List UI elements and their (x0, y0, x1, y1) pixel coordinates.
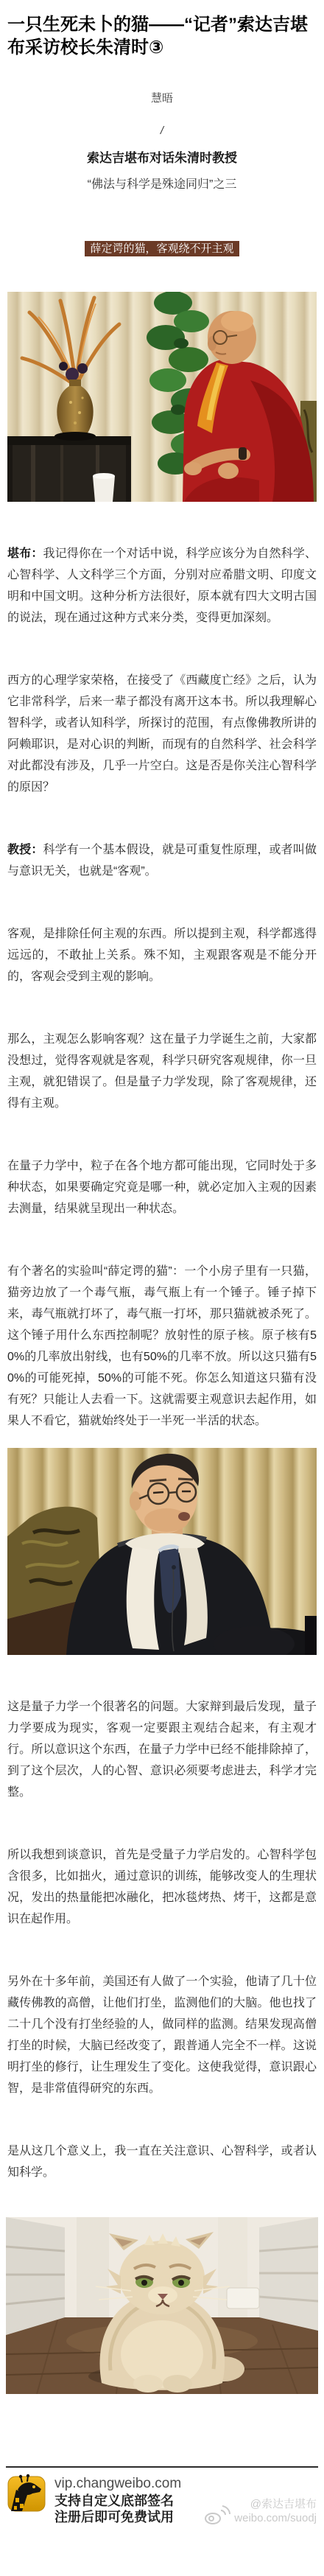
paragraph: 堪布：我记得你在一个对话中说，科学应该分为自然科学、心智科学、人文科学三个方面，… (7, 543, 317, 629)
paragraph: 是从这几个意义上，我一直在关注意识、心智科学，或者认知科学。 (7, 2141, 317, 2183)
paragraph: 西方的心理学家荣格，在接受了《西藏度亡经》之后，认为它非常科学，后来一辈子都没有… (7, 670, 317, 798)
paragraph: 有个著名的实验叫“薛定谔的猫”：一个小房子里有一只猫，猫旁边放了一个毒气瓶，毒气… (7, 1261, 317, 1432)
weibo-account-block: @索达吉堪布 weibo.com/suodj (234, 2497, 317, 2525)
teacup (93, 473, 115, 502)
photo-sad-cat (0, 2217, 324, 2394)
speaker-label: 教授： (7, 844, 43, 856)
changweibo-url[interactable]: vip.changweibo.com (54, 2475, 181, 2493)
weibo-logo-icon (203, 2503, 233, 2525)
cat-photo-illustration (6, 2217, 318, 2394)
page-footer: vip.changweibo.com 支持自定义底部签名 注册后即可免费试用 @… (0, 2466, 324, 2528)
meta-divider: / (0, 124, 324, 138)
paragraph: 这是量子力学一个很著名的问题。大家辩到最后发现，量子力学要成为现实，客观一定要跟… (7, 1696, 317, 1803)
footer-divider (6, 2466, 318, 2468)
episode-title: “佛法与科学是殊途同归”之三 (0, 177, 324, 192)
article-meta: 慧晤 / 索达吉堪布对话朱清时教授 “佛法与科学是殊途同归”之三 (0, 91, 324, 192)
professor-photo-illustration (7, 1448, 317, 1655)
long-weibo-article: 一只生死未卜的猫——“记者”索达吉堪布采访校长朱清时③ 慧晤 / 索达吉堪布对话… (0, 0, 324, 2576)
changweibo-giraffe-icon (7, 2474, 46, 2516)
photo-professor (0, 1448, 324, 1655)
paragraph: 教授：科学有一个基本假设，就是可重复性原理，或者叫做与意识无关，也就是“客观”。 (7, 839, 317, 882)
article-title: 一只生死未卜的猫——“记者”索达吉堪布采访校长朱清时③ (7, 13, 317, 59)
weibo-account-url[interactable]: weibo.com/suodj (234, 2511, 317, 2525)
speaker-label: 堪布： (7, 547, 43, 560)
paragraph: 在量子力学中，粒子在各个地方都可能出现，它同时处于多种状态，如果要确定究竟是哪一… (7, 1155, 317, 1219)
footer-slogan-2: 注册后即可免费试用 (54, 2509, 181, 2525)
paragraph: 所以我想到谈意识，首先是受量子力学启发的。心智科学包含很多，比如拙火，通过意识的… (7, 1844, 317, 1930)
section-tag-row: 薛定谔的猫，客观绕不开主观 (0, 241, 324, 256)
dialogue-title: 索达吉堪布对话朱清时教授 (0, 150, 324, 167)
photo-khenpo-interview (0, 292, 324, 502)
footer-slogan-1: 支持自定义底部签名 (54, 2493, 181, 2509)
series-name: 慧晤 (0, 91, 324, 105)
paragraph: 另外在十多年前，美国还有人做了一个实验，他请了几十位藏传佛教的高僧，让他们打坐，… (7, 1971, 317, 2099)
weibo-watermark: @索达吉堪布 weibo.com/suodj (203, 2497, 317, 2525)
paragraph: 那么，主观怎么影响客观？这在量子力学诞生之前，大家都没想过，觉得客观就是客观，科… (7, 1029, 317, 1114)
paragraph: 客观，是排除任何主观的东西。所以提到主观，科学都逃得远远的，不敢扯上关系。殊不知… (7, 923, 317, 987)
weibo-account-name: @索达吉堪布 (234, 2497, 317, 2511)
footer-text-block: vip.changweibo.com 支持自定义底部签名 注册后即可免费试用 (54, 2475, 181, 2525)
footer-row: vip.changweibo.com 支持自定义底部签名 注册后即可免费试用 @… (7, 2474, 317, 2528)
khenpo-photo-illustration (7, 292, 317, 502)
section-tag: 薛定谔的猫，客观绕不开主观 (85, 241, 239, 256)
